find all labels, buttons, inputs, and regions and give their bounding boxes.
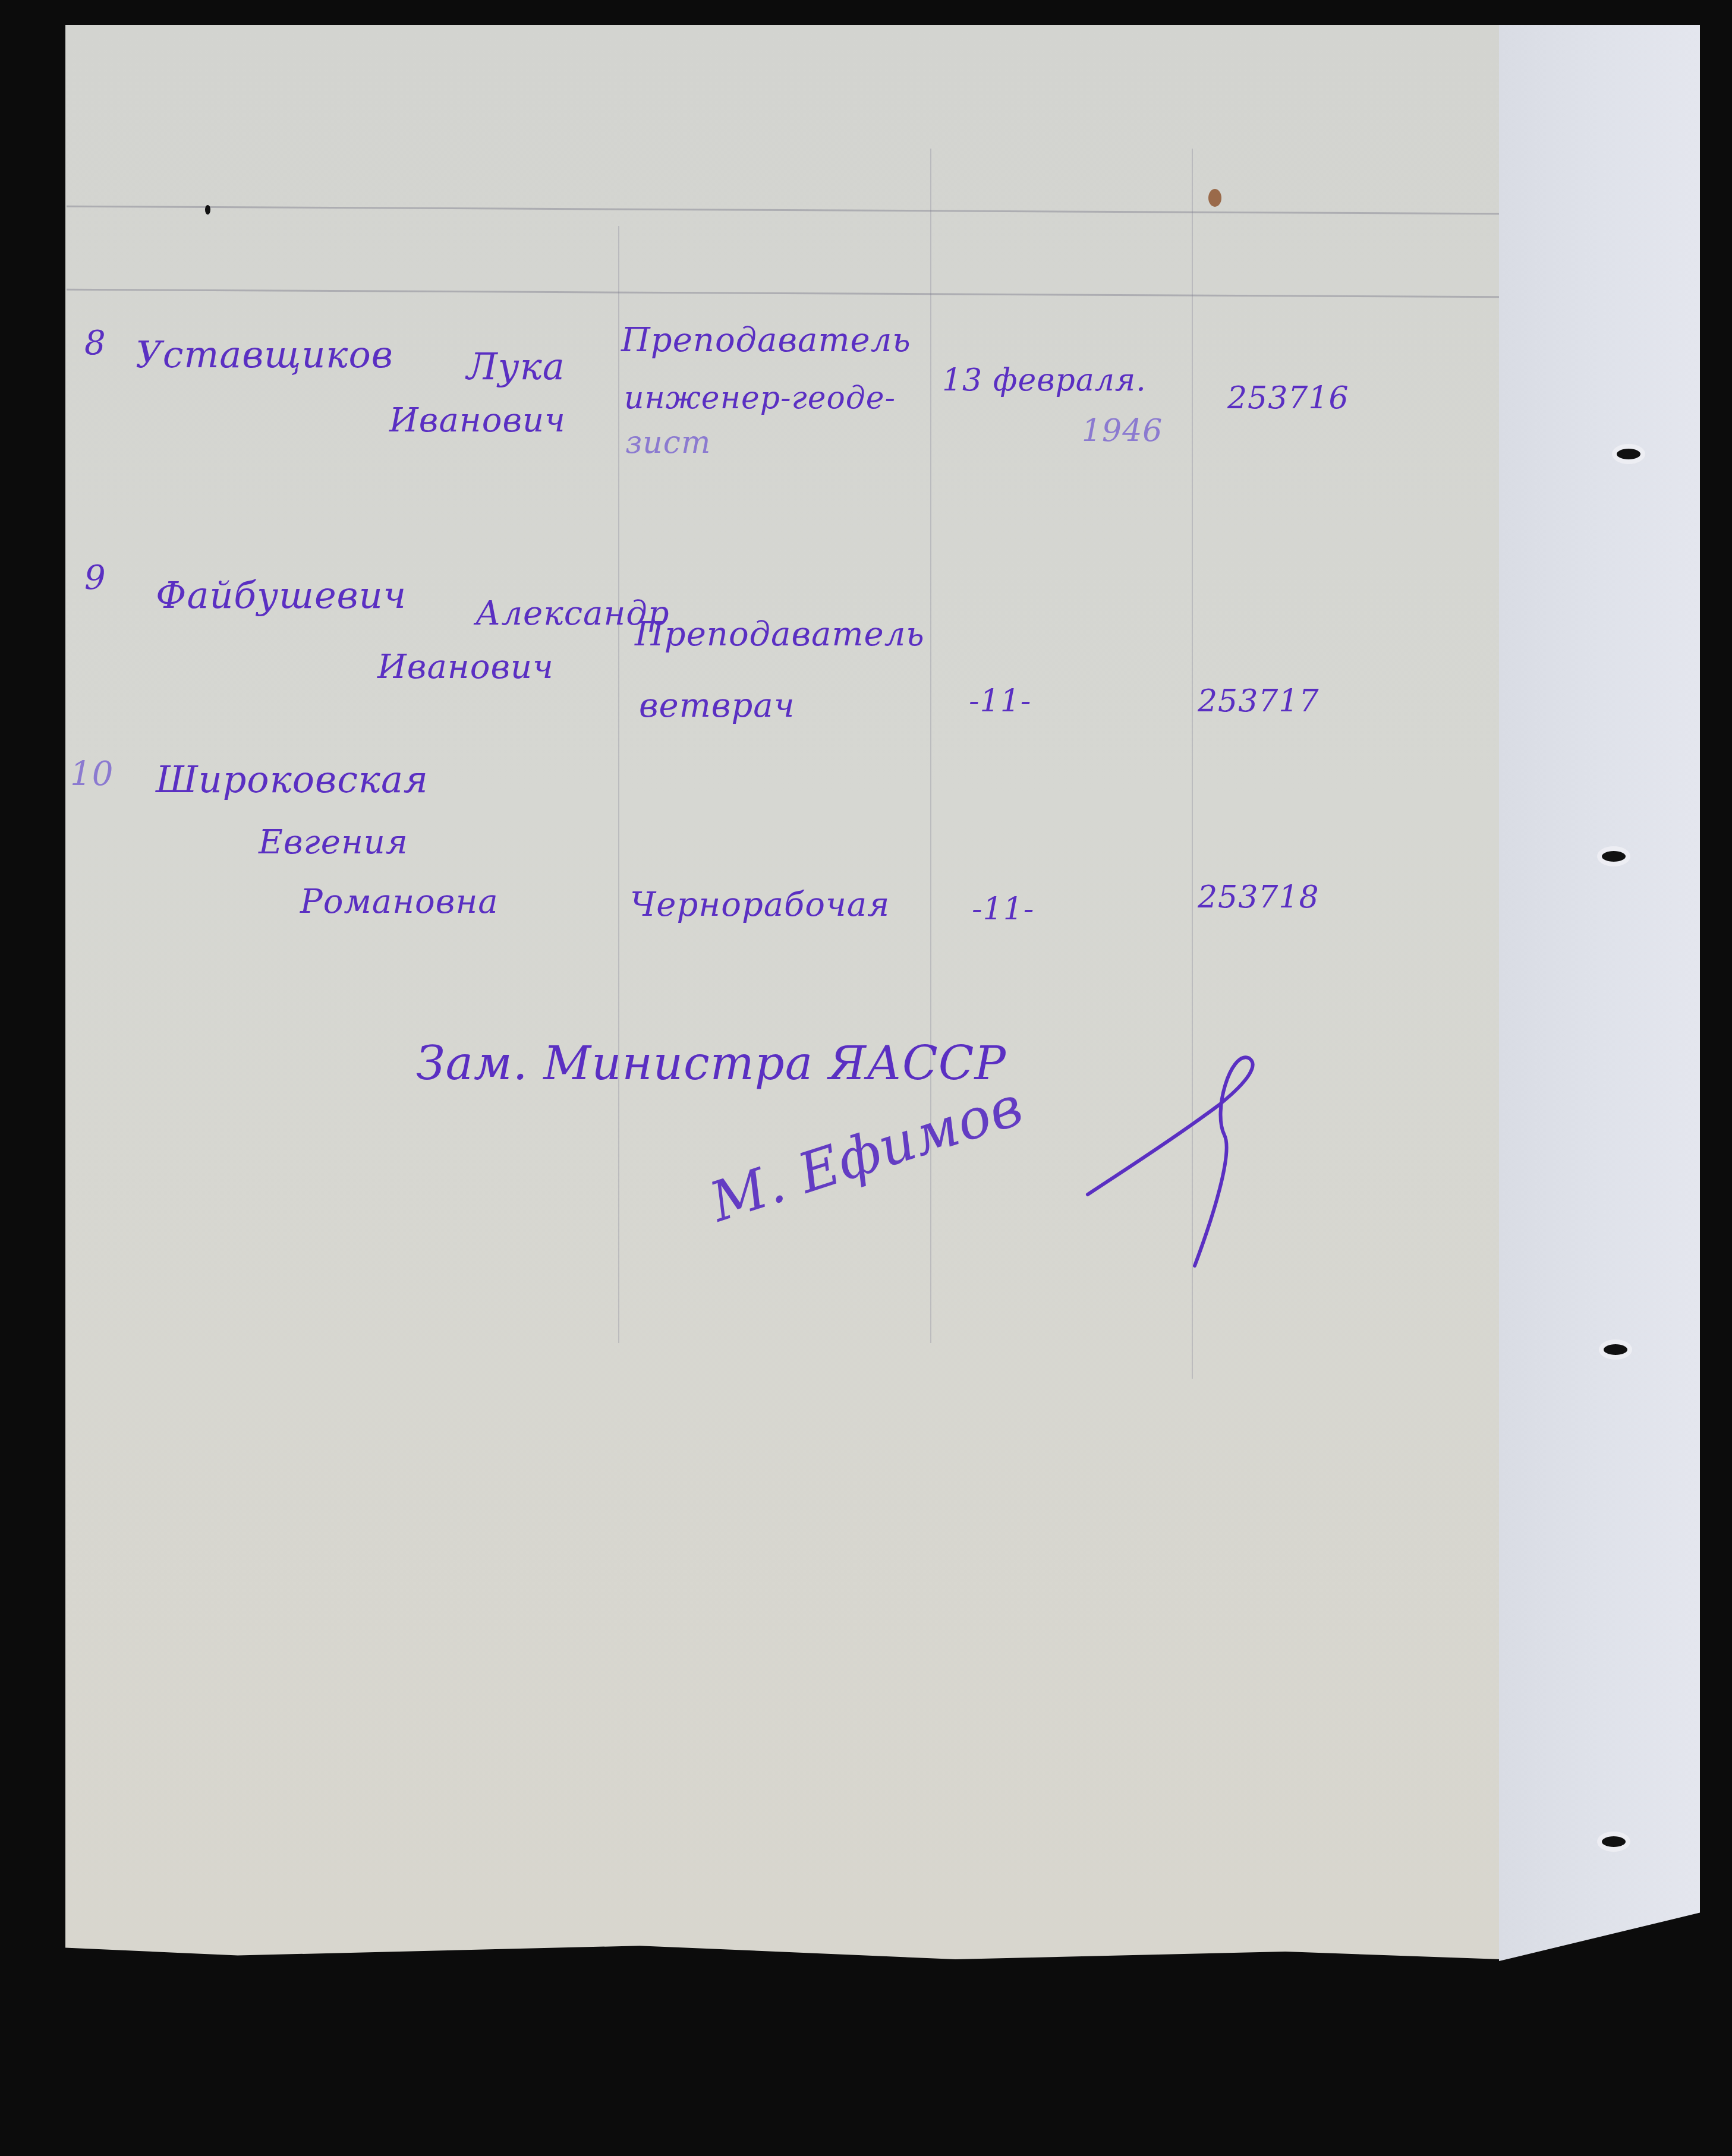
binding-hole	[1602, 1836, 1626, 1847]
position: инженер-геоде-	[624, 380, 896, 416]
backing-strip	[1499, 25, 1700, 1961]
registration-number: 253716	[1227, 380, 1349, 416]
registration-number: 253718	[1198, 880, 1320, 915]
row-number: 10	[70, 755, 114, 793]
signature-flourish	[1070, 1040, 1308, 1290]
given-name: Лука	[467, 345, 565, 388]
registration-number: 253717	[1198, 683, 1320, 719]
patronymic: Иванович	[377, 648, 554, 686]
stain	[1208, 189, 1221, 207]
position: Чернорабочая	[630, 885, 890, 924]
date-ditto: -11-	[969, 683, 1031, 719]
patronymic: Иванович	[389, 401, 566, 440]
binding-hole	[1617, 449, 1640, 459]
document-sheet	[65, 25, 1501, 1959]
signatory-title: Зам. Министра ЯАССР	[416, 1037, 1006, 1090]
patronymic: Романовна	[300, 882, 499, 921]
position: ветврач	[639, 686, 795, 725]
position: Преподаватель	[621, 321, 911, 360]
row-number: 8	[84, 324, 106, 363]
date-ditto: -11-	[972, 891, 1034, 927]
surname: Уставщиков	[136, 333, 393, 376]
row-number: 9	[84, 559, 106, 597]
position: зист	[625, 425, 711, 461]
year: 1946	[1082, 413, 1163, 449]
surname: Файбушевич	[156, 573, 407, 617]
surname: Широковская	[156, 758, 429, 801]
position: Преподаватель	[635, 615, 925, 654]
ink-dot	[205, 205, 210, 215]
binding-hole	[1604, 1344, 1627, 1355]
date: 13 февраля.	[942, 363, 1147, 398]
given-name: Евгения	[259, 823, 408, 862]
binding-hole	[1602, 851, 1626, 862]
column-divider	[618, 226, 619, 1343]
